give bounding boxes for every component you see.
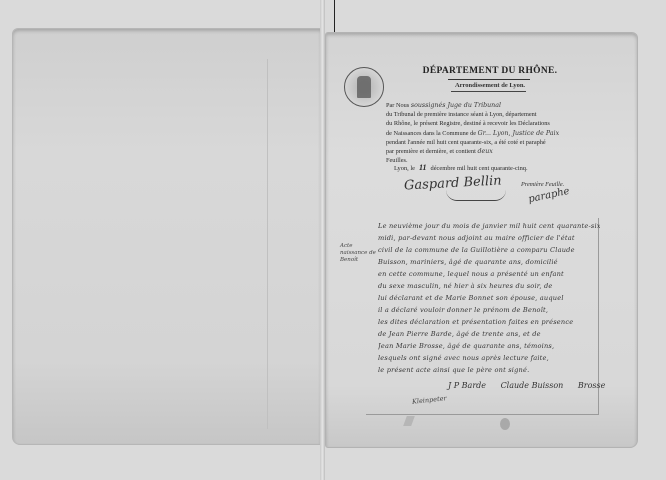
- act-line: Buisson, mariniers, âgé de quarante ans,…: [378, 258, 600, 270]
- handwritten-text: deux: [477, 148, 492, 155]
- witness-signature: J P Barde: [448, 381, 486, 390]
- arrondissement-subtitle: Arrondissement de Lyon.: [420, 82, 560, 89]
- witness-signatures: J P Barde Claude Buisson Brosse: [448, 381, 617, 390]
- title-rule: [448, 79, 530, 80]
- paragraph-line: du Tribunal de première instance séant à…: [386, 110, 608, 119]
- act-line: lesquels ont signé avec nous après lectu…: [378, 354, 600, 366]
- seal-stamp-icon: [344, 67, 384, 107]
- date-line: Lyon, le11décembre mil huit cent quarant…: [394, 163, 528, 172]
- handwritten-text: soussignés Juge du Tribunal: [411, 102, 501, 109]
- paragraph-line: pendant l'année mil huit cent quarante-s…: [386, 138, 608, 147]
- paragraph-line: par première et dernière, et contient de…: [386, 147, 608, 156]
- paper-stain: [500, 418, 510, 430]
- act-line: de Jean Pierre Barde, âgé de trente ans,…: [378, 330, 600, 342]
- date-rest: décembre mil huit cent quarante-cinq.: [431, 165, 528, 172]
- act-line: les dites déclaration et présentation fa…: [378, 318, 600, 330]
- date-prefix: Lyon, le: [394, 165, 415, 172]
- act-line: Jean Marie Brosse, âgé de quarante ans, …: [378, 342, 600, 354]
- act-line: Le neuvième jour du mois de janvier mil …: [378, 222, 600, 234]
- printed-text: pendant l'année mil huit cent quarante-s…: [386, 139, 546, 146]
- printed-text: par première et dernière, et contient: [386, 148, 476, 155]
- scan-seam-line: [334, 0, 335, 32]
- left-page-fold: [267, 59, 268, 429]
- act-line: en cette commune, lequel nous a présenté…: [378, 270, 600, 282]
- department-title: DÉPARTEMENT DU RHÔNE.: [400, 66, 580, 76]
- paragraph-line: Par Nous soussignés Juge du Tribunal: [386, 101, 608, 110]
- act-line: midi, par-devant nous adjoint au maire o…: [378, 234, 600, 246]
- witness-signature: Claude Buisson: [501, 381, 564, 390]
- date-day: 11: [419, 163, 427, 172]
- printed-paragraph: Par Nous soussignés Juge du Tribunal du …: [386, 101, 608, 165]
- act-line: civil de la commune de la Guillotière a …: [378, 246, 600, 258]
- paragraph-line: de Naissances dans la Commune de Gr... L…: [386, 129, 608, 138]
- handwritten-text: Gr... Lyon, Justice de Paix: [478, 130, 559, 137]
- handwritten-act: Le neuvième jour du mois de janvier mil …: [378, 222, 600, 378]
- seal-figure-icon: [357, 76, 371, 98]
- signature-flourish: [446, 190, 506, 201]
- act-line: lui déclarant et de Marie Bonnet son épo…: [378, 294, 600, 306]
- printed-text: Par Nous: [386, 102, 409, 109]
- printed-text: du Tribunal de première instance séant à…: [386, 111, 537, 118]
- act-line: du sexe masculin, né hier à six heures d…: [378, 282, 600, 294]
- act-line: il a déclaré vouloir donner le prénom de…: [378, 306, 600, 318]
- left-page: [12, 28, 322, 445]
- subtitle-rule: [451, 91, 526, 92]
- witness-signature: Brosse: [578, 381, 605, 390]
- act-line: le présent acte ainsi que le père ont si…: [378, 366, 600, 378]
- printed-text: de Naissances dans la Commune de: [386, 130, 476, 137]
- printed-text: du Rhône, le présent Registre, destiné à…: [386, 120, 550, 127]
- paragraph-line: du Rhône, le présent Registre, destiné à…: [386, 119, 608, 128]
